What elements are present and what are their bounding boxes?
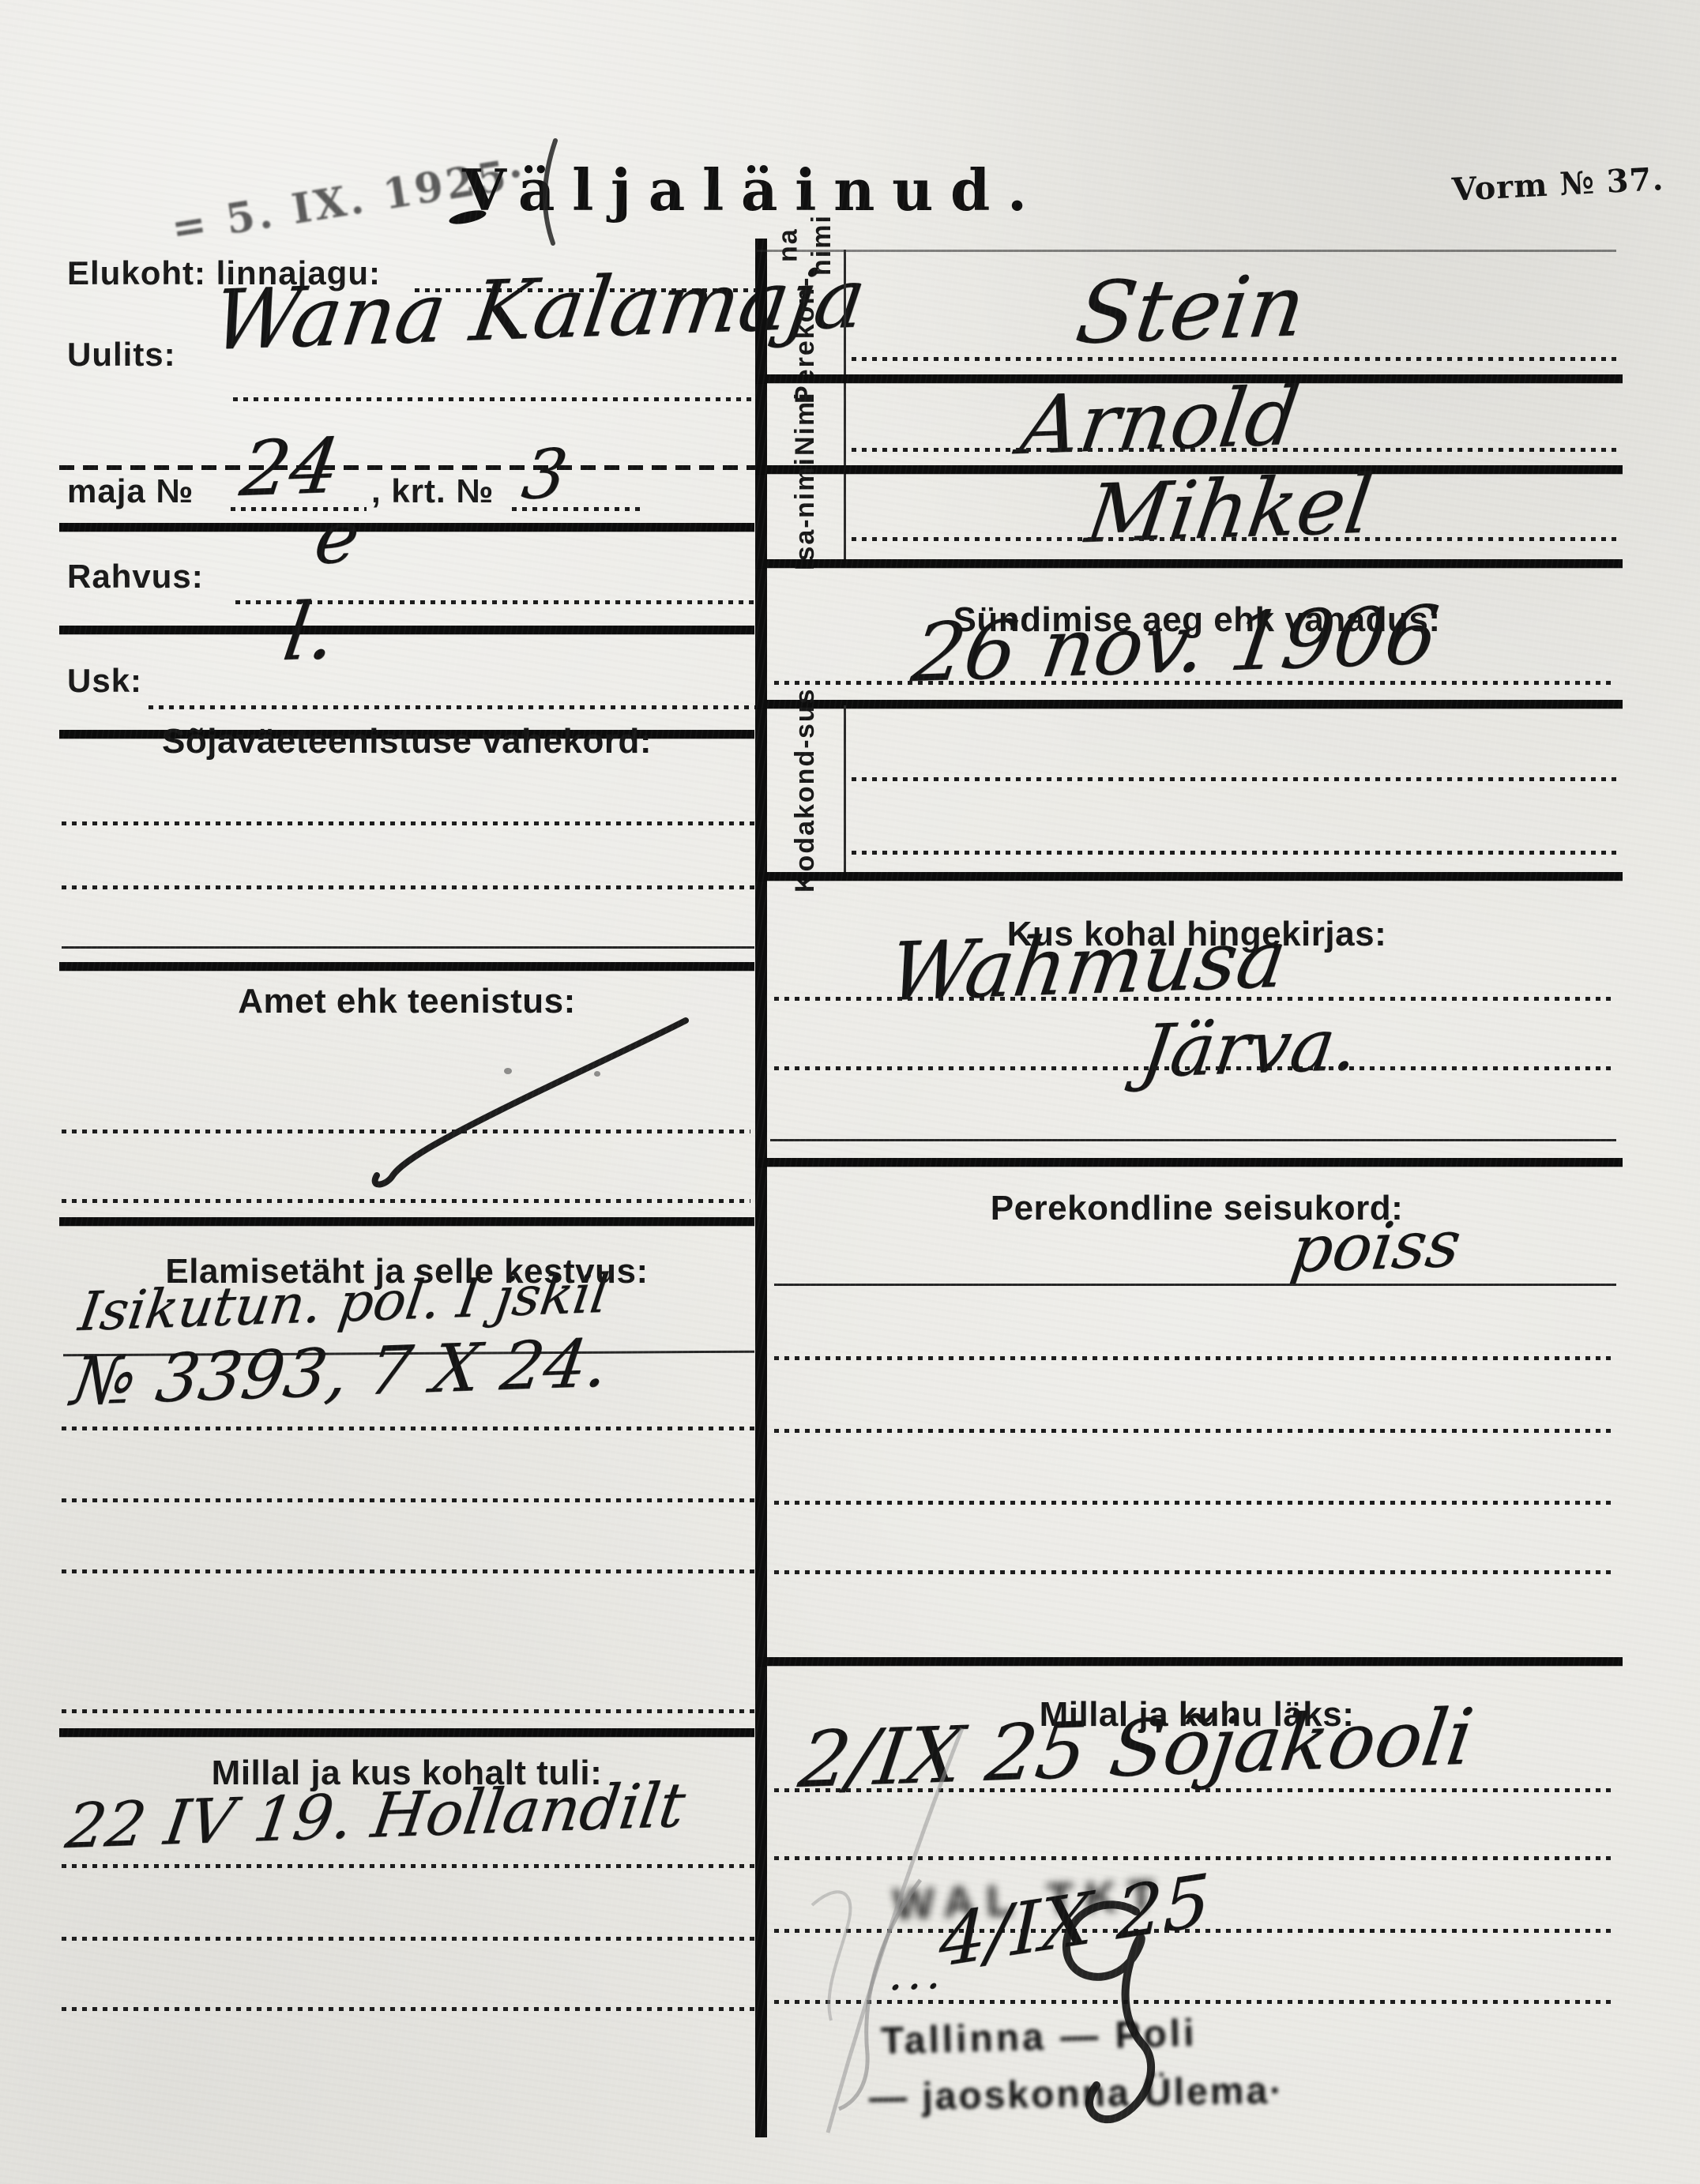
stray-ink-stroke	[545, 141, 555, 243]
handwriting-strokes-overlay	[0, 0, 1700, 2184]
signature-flourish	[1066, 1904, 1151, 2119]
pencil-stroke	[828, 1728, 962, 2133]
occupation-slash-stroke	[375, 1021, 686, 1185]
registration-card: = 5. IX. 1925· Väljaläinud. Vorm № 37. E…	[0, 0, 1700, 2184]
pencil-flourish	[812, 1892, 850, 2020]
